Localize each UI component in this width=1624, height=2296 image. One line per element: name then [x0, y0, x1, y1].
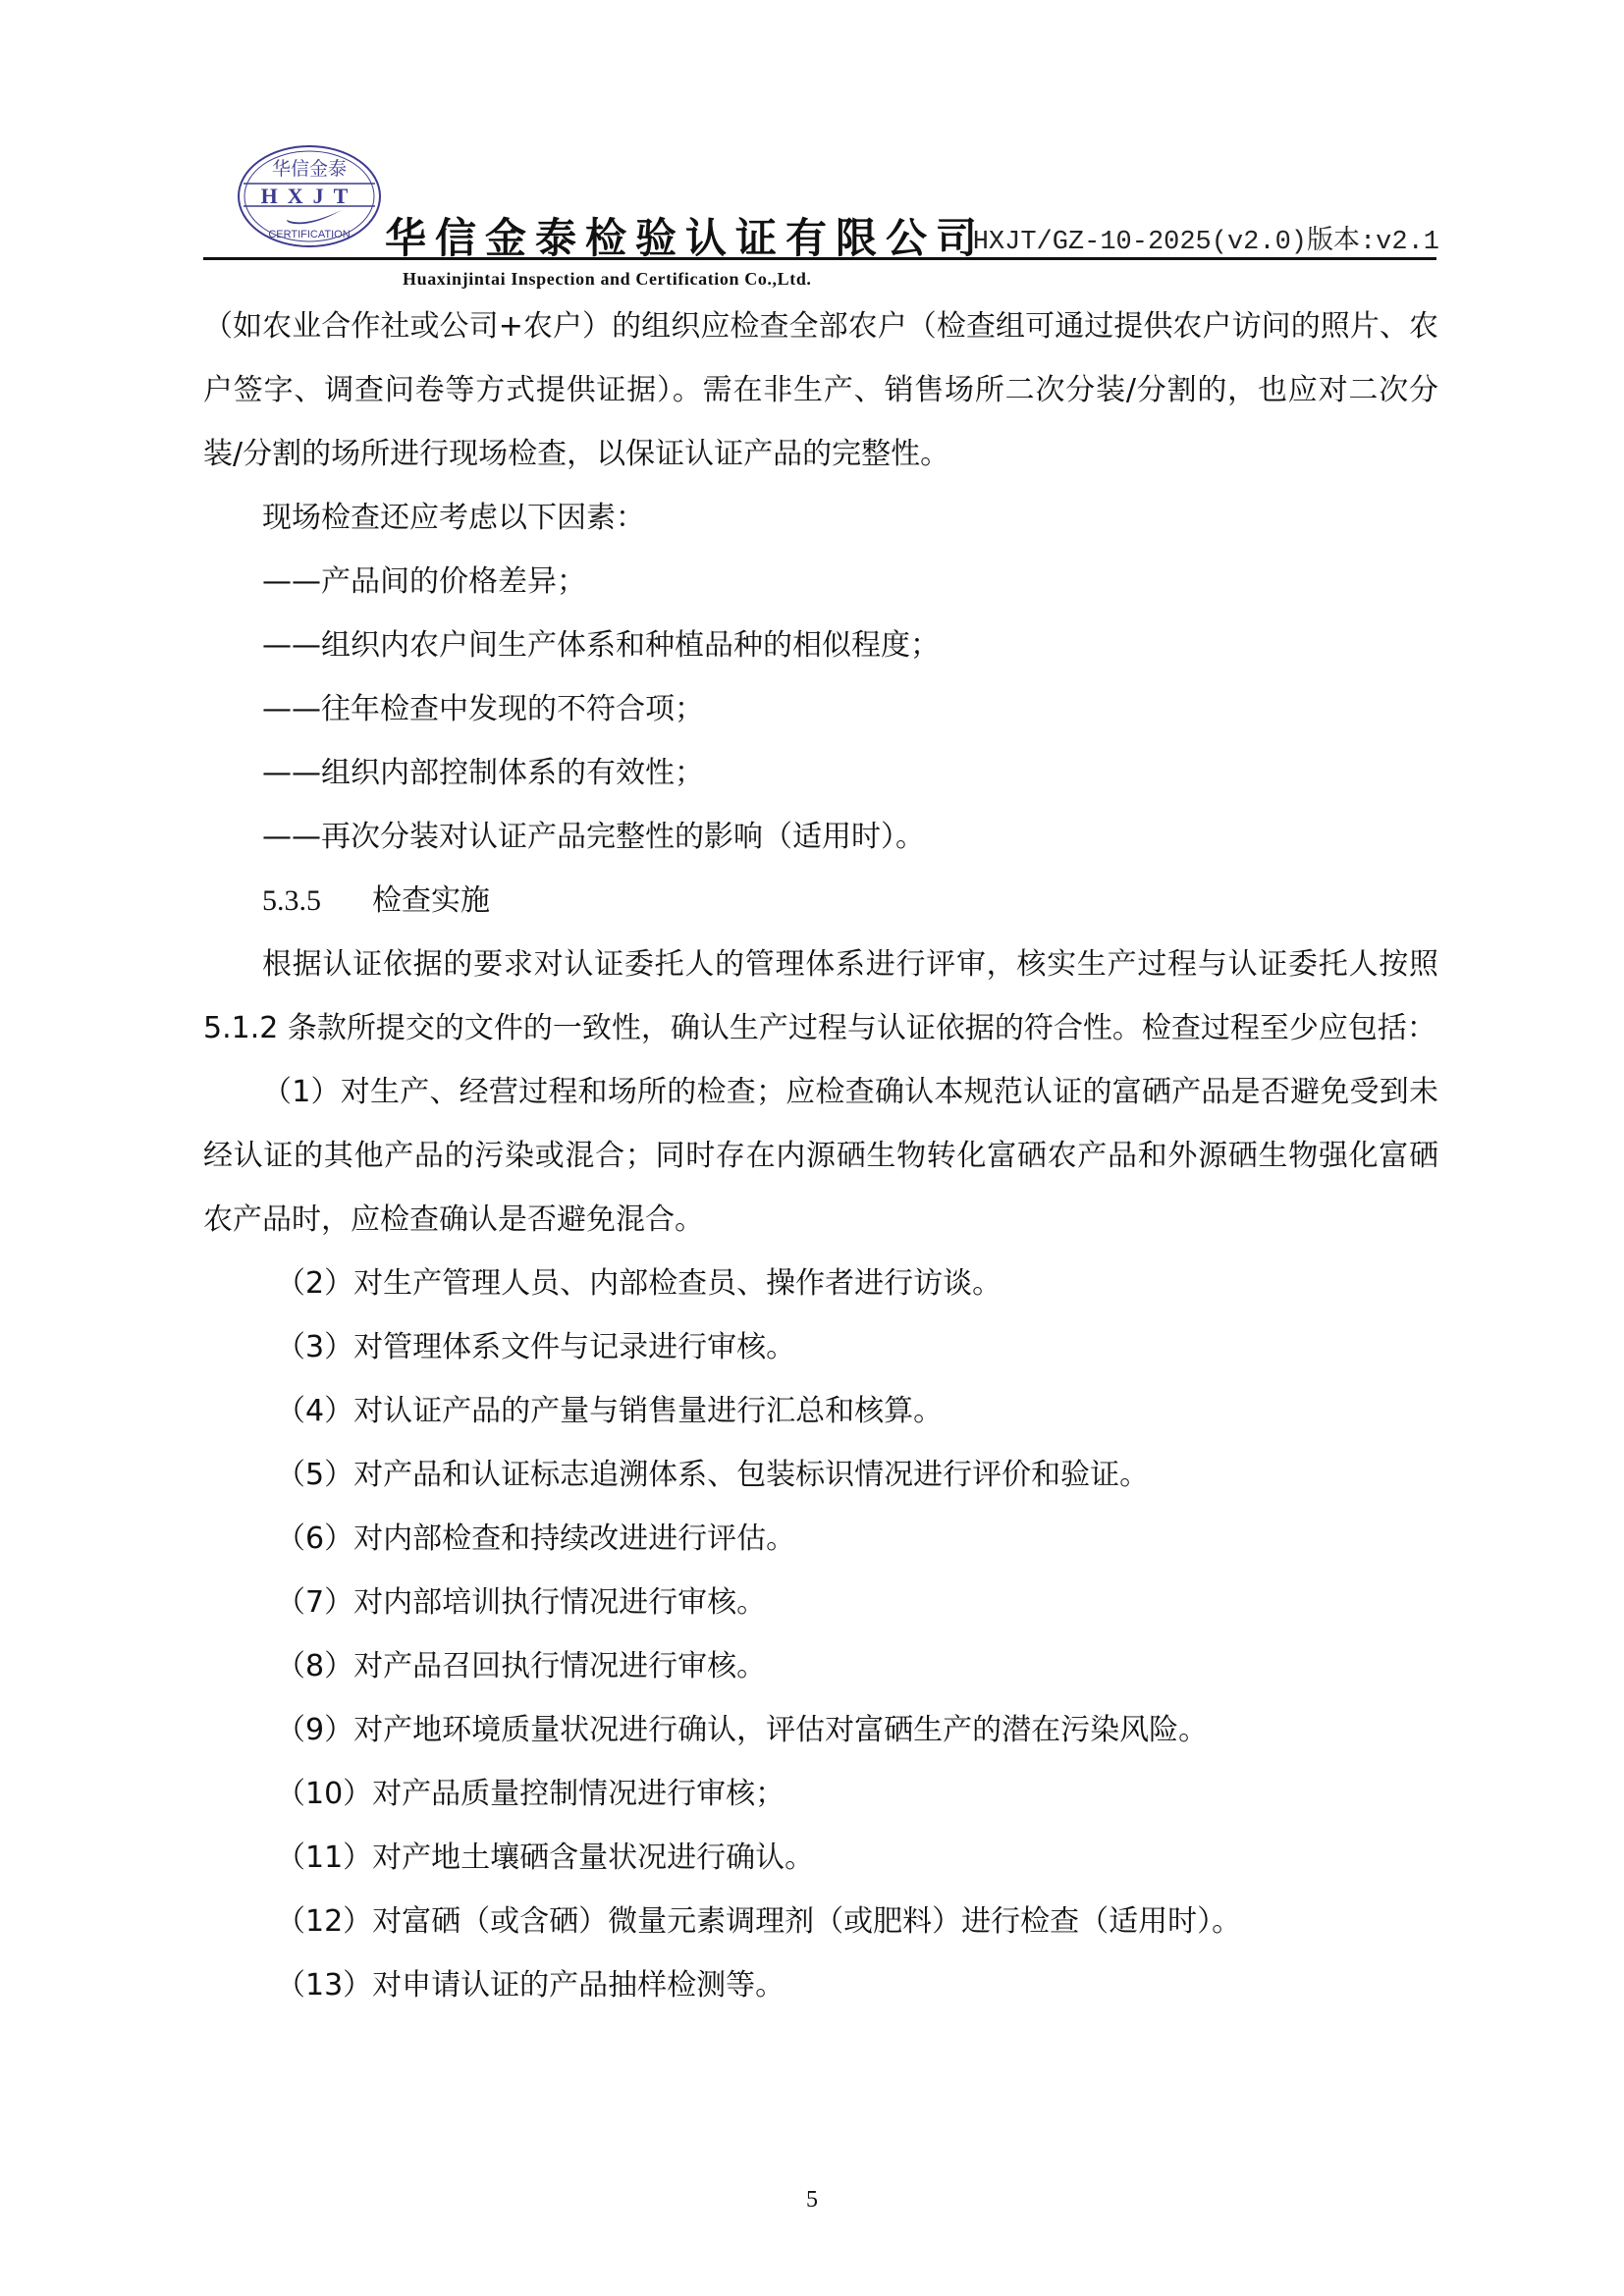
company-name-en: Huaxinjintai Inspection and Certificatio…	[403, 269, 812, 290]
inspection-item: （13）对申请认证的产品抽样检测等。	[203, 1953, 1438, 2017]
svg-text:华信金泰: 华信金泰	[272, 158, 347, 180]
factor-item: ——往年检查中发现的不符合项；	[203, 677, 1438, 741]
inspection-item: （12）对富硒（或含硒）微量元素调理剂（或肥料）进行检查（适用时）。	[203, 1890, 1438, 1953]
inspection-item: （10）对产品质量控制情况进行审核；	[203, 1762, 1438, 1826]
section-title: 检查实施	[372, 883, 490, 918]
hxjt-certification-logo-icon: 华信金泰 HXJT CERTIFICATION	[236, 143, 383, 249]
inspection-item: （1）对生产、经营过程和场所的检查；应检查确认本规范认证的富硒产品是否避免受到未…	[203, 1060, 1438, 1252]
inspection-item: （4）对认证产品的产量与销售量进行汇总和核算。	[203, 1379, 1438, 1443]
svg-text:HXJT: HXJT	[261, 184, 358, 208]
document-body: （如农业合作社或公司+农户）的组织应检查全部农户（检查组可通过提供农户访问的照片…	[203, 294, 1438, 2017]
inspection-item: （5）对产品和认证标志追溯体系、包装标识情况进行评价和验证。	[203, 1443, 1438, 1507]
inspection-item: （2）对生产管理人员、内部检查员、操作者进行访谈。	[203, 1252, 1438, 1315]
section-number: 5.3.5	[262, 869, 372, 933]
factor-item: ——产品间的价格差异；	[203, 550, 1438, 614]
inspection-item: （6）对内部检查和持续改进进行评估。	[203, 1507, 1438, 1571]
inspection-item: （3）对管理体系文件与记录进行审核。	[203, 1315, 1438, 1379]
page-number: 5	[0, 2187, 1624, 2214]
inspection-item: （8）对产品召回执行情况进行审核。	[203, 1634, 1438, 1698]
continued-paragraph: （如农业合作社或公司+农户）的组织应检查全部农户（检查组可通过提供农户访问的照片…	[203, 294, 1438, 486]
inspection-item: （11）对产地土壤硒含量状况进行确认。	[203, 1826, 1438, 1890]
section-paragraph: 根据认证依据的要求对认证委托人的管理体系进行评审，核实生产过程与认证委托人按照 …	[203, 933, 1438, 1060]
section-heading: 5.3.5检查实施	[203, 869, 1438, 933]
document-code: HXJT/GZ-10-2025(v2.0)版本:v2.1	[973, 218, 1439, 257]
factor-item: ——组织内部控制体系的有效性；	[203, 741, 1438, 805]
header-divider	[203, 257, 1436, 260]
company-logo: 华信金泰 HXJT CERTIFICATION	[236, 143, 383, 249]
factor-item: ——再次分装对认证产品完整性的影响（适用时）。	[203, 805, 1438, 869]
svg-text:CERTIFICATION: CERTIFICATION	[268, 229, 350, 240]
inspection-item: （7）对内部培训执行情况进行审核。	[203, 1571, 1438, 1634]
inspection-item: （9）对产地环境质量状况进行确认，评估对富硒生产的潜在污染风险。	[203, 1698, 1438, 1762]
factor-item: ——组织内农户间生产体系和种植品种的相似程度；	[203, 614, 1438, 677]
factors-intro: 现场检查还应考虑以下因素：	[203, 486, 1438, 550]
company-name-cn: 华信金泰检验认证有限公司	[385, 206, 986, 265]
